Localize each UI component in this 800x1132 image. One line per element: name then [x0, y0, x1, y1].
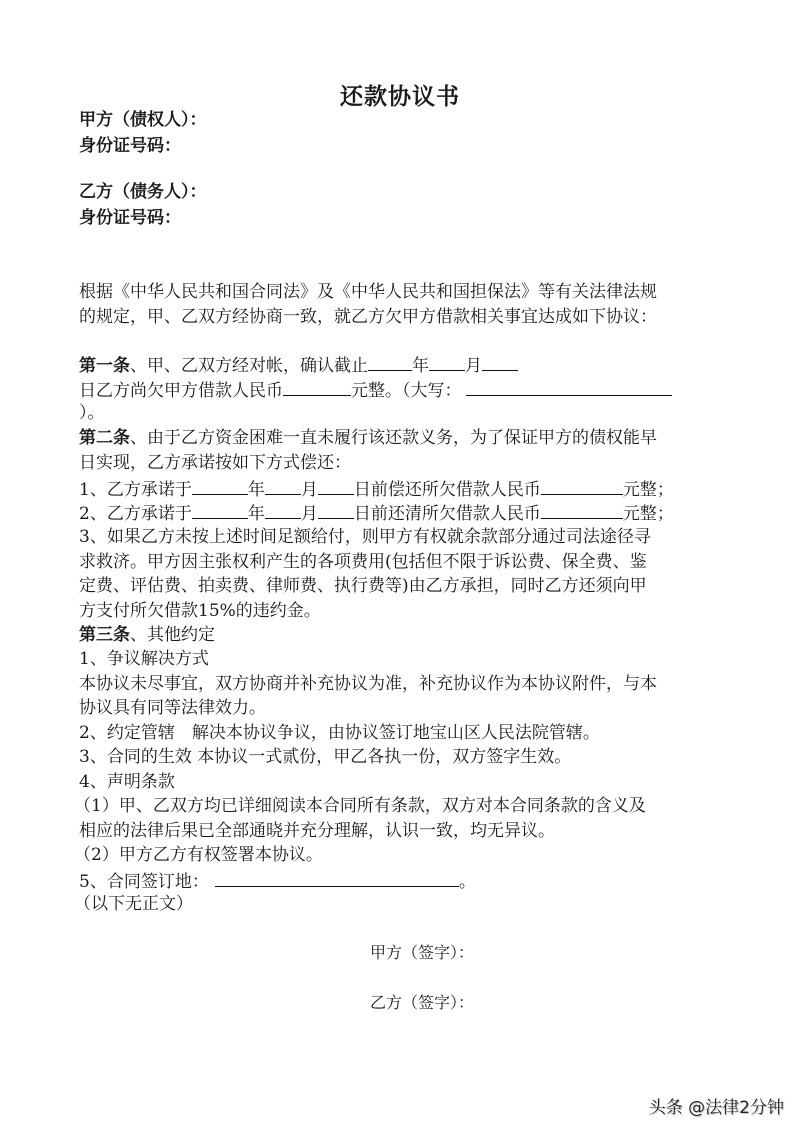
month-blank[interactable] — [429, 352, 465, 371]
article3-line-5: 3、合同的生效 本协议一式贰份，甲乙各执一份，双方签字生效。 — [79, 745, 571, 769]
year-label: 年 — [412, 356, 429, 376]
item1-month: 月 — [301, 480, 318, 500]
article2-line-2: 日实现，乙方承诺按如下方式偿还： — [79, 451, 351, 475]
contract-place-line: 5、合同签订地：。 — [79, 868, 476, 894]
debtor-label: 乙方（债务人）： — [79, 180, 207, 204]
article3-line-8: 相应的法律后果已全部通晓并充分理解，认识一致，均无异议。 — [79, 819, 555, 843]
item1-year-blank[interactable] — [192, 476, 248, 495]
item1-amount-blank[interactable] — [541, 476, 623, 495]
item2-year-blank[interactable] — [192, 500, 248, 519]
article2-item-3-line-2: 求救济。甲方因主张权利产生的各项费用(包括但不限于诉讼费、保全费、鉴 — [79, 550, 647, 574]
item2-year: 年 — [248, 504, 265, 524]
article3-line-3: 协议具有同等法律效力。 — [79, 696, 266, 720]
item2-month: 月 — [301, 504, 318, 524]
end-note: （以下无正文） — [74, 892, 193, 916]
article1-debt-text: 日乙方尚欠甲方借款人民币 — [79, 381, 283, 401]
article1-text: 、甲、乙双方经对帐，确认截止 — [130, 356, 368, 376]
article3-line-6: 4、声明条款 — [79, 770, 175, 794]
article2-item-3-line-1: 3、如果乙方未按上述时间足额给付，则甲方有权就余款部分通过司法途径寻 — [79, 525, 651, 549]
source-watermark: 头条 @法律2分钟 — [649, 1093, 784, 1118]
item1-text: 1、乙方承诺于 — [79, 480, 192, 500]
day-blank[interactable] — [482, 352, 518, 371]
debtor-id-label: 身份证号码： — [79, 206, 181, 230]
article1-line-3: ）。 — [79, 401, 105, 425]
item2-text: 2、乙方承诺于 — [79, 504, 192, 524]
article3-heading-text: 、其他约定 — [130, 625, 215, 645]
article3-line-4: 2、约定管辖 解决本协议争议，由协议签订地宝山区人民法院管辖。 — [79, 721, 600, 745]
item2-text-b: 日前还清所欠借款人民币 — [354, 504, 541, 524]
document-page: 还款协议书 甲方（债权人）： 身份证号码： 乙方（债务人）： 身份证号码： 根据… — [0, 0, 800, 1132]
article1-capital-label: 元整。（大写： — [351, 381, 462, 401]
item1-yuan: 元整； — [623, 480, 674, 500]
item1-text-b: 日前偿还所欠借款人民币 — [354, 480, 541, 500]
capital-amount-blank[interactable] — [466, 377, 672, 396]
preamble-line-1: 根据《中华人民共和国合同法》及《中华人民共和国担保法》等有关法律法规 — [79, 280, 657, 304]
year-blank[interactable] — [368, 352, 412, 371]
article1-line-2: 日乙方尚欠甲方借款人民币元整。（大写： — [79, 377, 672, 403]
party-a-signature-label: 甲方（签字）： — [370, 940, 474, 963]
item2-amount-blank[interactable] — [541, 500, 623, 519]
item2-month-blank[interactable] — [265, 500, 301, 519]
article3-line-7: （1）甲、乙双方均已详细阅读本合同所有条款，双方对本合同条款的含义及 — [74, 794, 646, 818]
creditor-label: 甲方（债权人）： — [79, 108, 207, 132]
month-label: 月 — [465, 356, 482, 376]
article3-line-1: 1、争议解决方式 — [79, 647, 209, 671]
contract-place-label: 5、合同签订地： — [79, 872, 209, 892]
article1-line-1: 第一条、甲、乙双方经对帐，确认截止年月 — [79, 352, 518, 378]
article2-item-3-line-4: 方支付所欠借款15%的违约金。 — [79, 599, 321, 623]
item1-month-blank[interactable] — [265, 476, 301, 495]
article2-item-2: 2、乙方承诺于年月日前还清所欠借款人民币元整； — [79, 500, 674, 526]
amount-blank[interactable] — [283, 377, 351, 396]
article1-heading: 第一条 — [79, 356, 130, 376]
preamble-line-2: 的规定，甲、乙双方经协商一致，就乙方欠甲方借款相关事宜达成如下协议： — [79, 305, 657, 329]
article2-text: 、由于乙方资金困难一直未履行该还款义务，为了保证甲方的债权能早 — [130, 428, 657, 448]
contract-place-blank[interactable] — [215, 868, 459, 887]
creditor-id-label: 身份证号码： — [79, 134, 181, 158]
article2-line-1: 第二条、由于乙方资金困难一直未履行该还款义务，为了保证甲方的债权能早 — [79, 426, 657, 450]
item2-yuan: 元整； — [623, 504, 674, 524]
article3-line-9: （2）甲方乙方有权签署本协议。 — [74, 843, 323, 867]
article3-line-2: 本协议未尽事宜，双方协商并补充协议为准，补充协议作为本协议附件，与本 — [79, 672, 657, 696]
item1-day-blank[interactable] — [318, 476, 354, 495]
party-b-signature-label: 乙方（签字）： — [370, 990, 474, 1013]
article2-item-3-line-3: 定费、评估费、拍卖费、律师费、执行费等)由乙方承担，同时乙方还须向甲 — [79, 574, 647, 598]
article3-heading-line: 第三条、其他约定 — [79, 623, 215, 647]
item2-day-blank[interactable] — [318, 500, 354, 519]
article2-item-1: 1、乙方承诺于年月日前偿还所欠借款人民币元整； — [79, 476, 674, 502]
contract-place-end: 。 — [459, 872, 476, 892]
document-title: 还款协议书 — [0, 78, 800, 111]
article2-heading: 第二条 — [79, 428, 130, 448]
item1-year: 年 — [248, 480, 265, 500]
article3-heading: 第三条 — [79, 625, 130, 645]
